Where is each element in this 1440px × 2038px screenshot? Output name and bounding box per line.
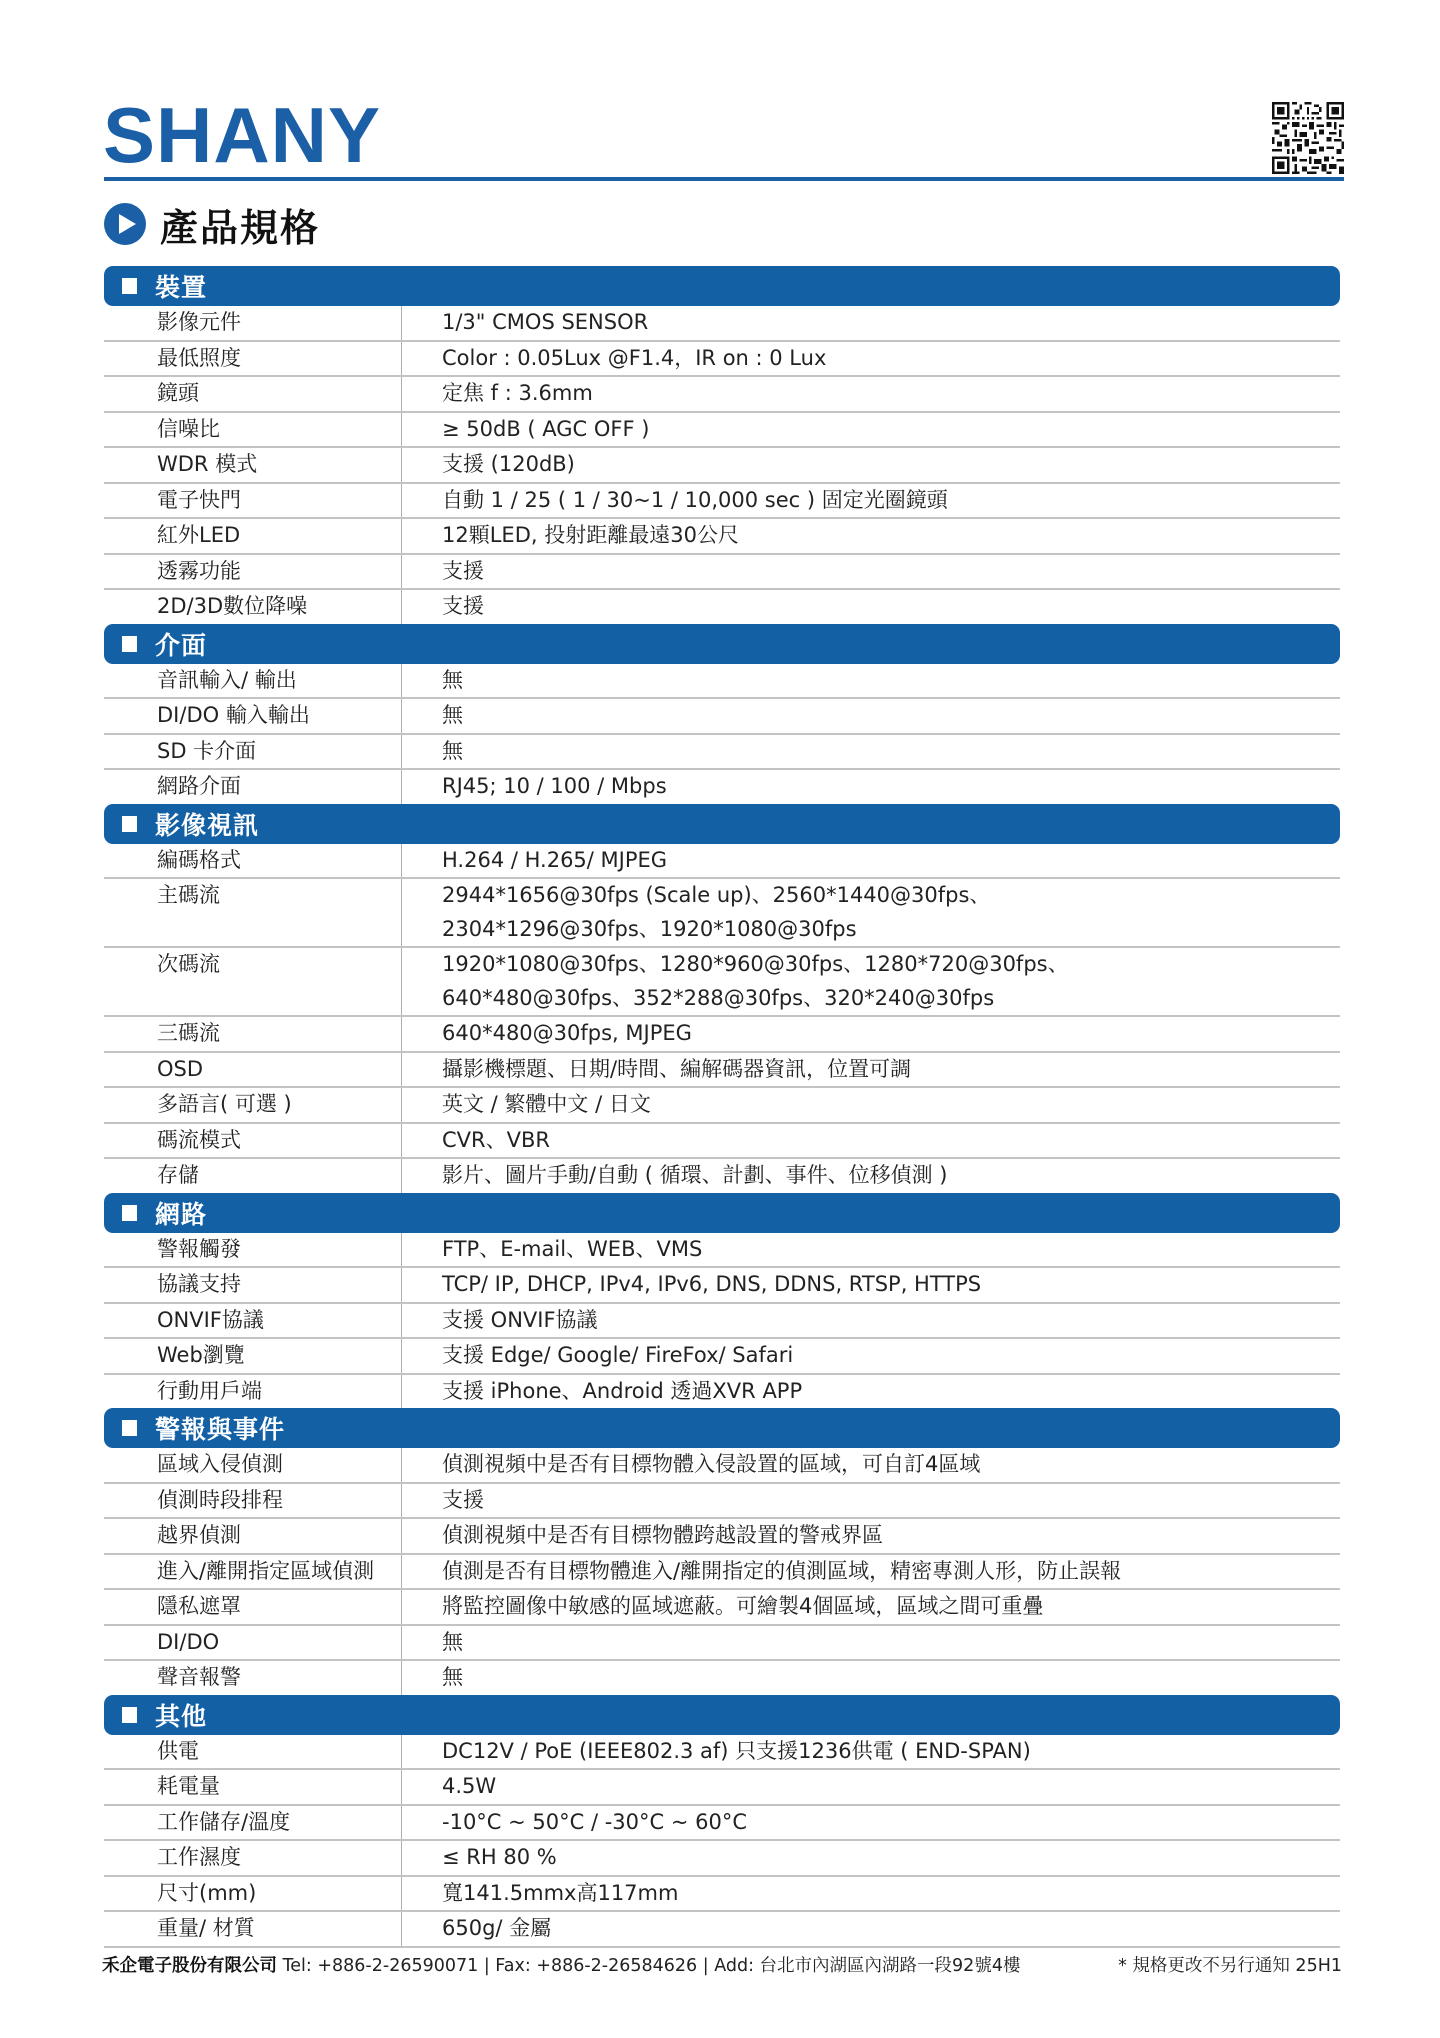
spec-value: 支援 [402, 555, 1340, 589]
section-title: 警報與事件 [155, 1410, 285, 1446]
square-bullet-icon [122, 636, 137, 652]
spec-row: DI/DO無 [104, 1626, 1340, 1662]
spec-value: 自動 1 / 25 ( 1 / 30~1 / 10,000 sec ) 固定光圈… [402, 484, 1340, 518]
spec-label: 警報觸發 [104, 1233, 402, 1267]
square-bullet-icon [122, 278, 137, 294]
spec-label: DI/DO [104, 1626, 402, 1660]
spec-label: 音訊輸入/ 輸出 [104, 664, 402, 698]
spec-value: DC12V / PoE (IEEE802.3 af) 只支援1236供電 ( E… [402, 1735, 1340, 1769]
spec-label: 存儲 [104, 1159, 402, 1193]
spec-value: H.264 / H.265/ MJPEG [402, 844, 1340, 878]
spec-row: 網路介面RJ45; 10 / 100 / Mbps [104, 770, 1340, 804]
spec-value: 12顆LED, 投射距離最遠30公尺 [402, 519, 1340, 553]
spec-label: 最低照度 [104, 342, 402, 376]
spec-value: 無 [402, 1626, 1340, 1660]
spec-value: ≥ 50dB ( AGC OFF ) [402, 413, 1340, 447]
spec-row: 碼流模式CVR、VBR [104, 1124, 1340, 1160]
spec-label: 紅外LED [104, 519, 402, 553]
spec-value: 偵測是否有目標物體進入/離開指定的偵測區域，精密專測人形，防止誤報 [402, 1555, 1340, 1589]
spec-label: 耗電量 [104, 1770, 402, 1804]
section-title: 其他 [155, 1697, 207, 1733]
spec-label: 鏡頭 [104, 377, 402, 411]
spec-label: 重量/ 材質 [104, 1912, 402, 1946]
spec-row: 主碼流2944*1656@30fps (Scale up)、2560*1440@… [104, 879, 1340, 948]
spec-label: 主碼流 [104, 879, 402, 946]
spec-row: 警報觸發FTP、E-mail、WEB、VMS [104, 1233, 1340, 1269]
spec-row: 存儲影片、圖片手動/自動 ( 循環、計劃、事件、位移偵測 ) [104, 1159, 1340, 1193]
spec-label: 編碼格式 [104, 844, 402, 878]
spec-value: 支援 ONVIF協議 [402, 1304, 1340, 1338]
spec-label: 碼流模式 [104, 1124, 402, 1158]
section-header-network: 網路 [104, 1193, 1340, 1233]
spec-label: ONVIF協議 [104, 1304, 402, 1338]
spec-label: 影像元件 [104, 306, 402, 340]
spec-value: 支援 (120dB) [402, 448, 1340, 482]
section-header-video: 影像視訊 [104, 804, 1340, 844]
brand-logo: SHANY [103, 96, 381, 174]
spec-row: 聲音報警無 [104, 1661, 1340, 1695]
spec-row: 工作儲存/溫度-10°C ~ 50°C / -30°C ~ 60°C [104, 1806, 1340, 1842]
spec-value: 無 [402, 664, 1340, 698]
spec-row: 信噪比≥ 50dB ( AGC OFF ) [104, 413, 1340, 449]
spec-row: 尺寸(mm)寬141.5mmx高117mm [104, 1877, 1340, 1913]
spec-value: 640*480@30fps, MJPEG [402, 1017, 1340, 1051]
spec-row: 2D/3D數位降噪支援 [104, 590, 1340, 624]
spec-label: 透霧功能 [104, 555, 402, 589]
qr-code-icon [1272, 102, 1344, 174]
header-divider [104, 177, 1344, 181]
spec-label: 協議支持 [104, 1268, 402, 1302]
spec-row: 最低照度Color : 0.05Lux @F1.4，IR on : 0 Lux [104, 342, 1340, 378]
spec-label: 三碼流 [104, 1017, 402, 1051]
spec-value: ≤ RH 80 % [402, 1841, 1340, 1875]
square-bullet-icon [122, 816, 137, 832]
section-header-other: 其他 [104, 1695, 1340, 1735]
spec-value: Color : 0.05Lux @F1.4，IR on : 0 Lux [402, 342, 1340, 376]
spec-value: 支援 [402, 590, 1340, 624]
spec-row: 行動用戶端支援 iPhone、Android 透過XVR APP [104, 1375, 1340, 1409]
spec-value: 4.5W [402, 1770, 1340, 1804]
spec-label: 2D/3D數位降噪 [104, 590, 402, 624]
spec-value: 2944*1656@30fps (Scale up)、2560*1440@30f… [402, 879, 1340, 946]
spec-row: 偵測時段排程支援 [104, 1484, 1340, 1520]
spec-label: 信噪比 [104, 413, 402, 447]
spec-row: 三碼流640*480@30fps, MJPEG [104, 1017, 1340, 1053]
play-circle-icon [104, 203, 146, 245]
section-title: 影像視訊 [155, 806, 259, 842]
footer-contact: 禾企電子股份有限公司 Tel: +886-2-26590071 | Fax: +… [102, 1954, 1020, 1978]
spec-label: DI/DO 輸入輸出 [104, 699, 402, 733]
spec-row: 進入/離開指定區域偵測偵測是否有目標物體進入/離開指定的偵測區域，精密專測人形，… [104, 1555, 1340, 1591]
spec-row: 協議支持TCP/ IP, DHCP, IPv4, IPv6, DNS, DDNS… [104, 1268, 1340, 1304]
section-header-device: 裝置 [104, 266, 1340, 306]
spec-label: WDR 模式 [104, 448, 402, 482]
spec-row: 多語言( 可選 )英文 / 繁體中文 / 日文 [104, 1088, 1340, 1124]
spec-value: TCP/ IP, DHCP, IPv4, IPv6, DNS, DDNS, RT… [402, 1268, 1340, 1302]
spec-row: WDR 模式支援 (120dB) [104, 448, 1340, 484]
spec-value: 偵測視頻中是否有目標物體跨越設置的警戒界區 [402, 1519, 1340, 1553]
spec-label: 聲音報警 [104, 1661, 402, 1695]
spec-row: 重量/ 材質650g/ 金屬 [104, 1912, 1340, 1948]
contact-info: Tel: +886-2-26590071 | Fax: +886-2-26584… [277, 1956, 1020, 1976]
spec-value: 攝影機標題、日期/時間、編解碼器資訊，位置可調 [402, 1053, 1340, 1087]
spec-row: 耗電量4.5W [104, 1770, 1340, 1806]
square-bullet-icon [122, 1420, 137, 1436]
spec-row: 音訊輸入/ 輸出無 [104, 664, 1340, 700]
spec-value: 無 [402, 1661, 1340, 1695]
spec-value: -10°C ~ 50°C / -30°C ~ 60°C [402, 1806, 1340, 1840]
spec-value: 英文 / 繁體中文 / 日文 [402, 1088, 1340, 1122]
spec-row: OSD攝影機標題、日期/時間、編解碼器資訊，位置可調 [104, 1053, 1340, 1089]
spec-row: 紅外LED12顆LED, 投射距離最遠30公尺 [104, 519, 1340, 555]
spec-label: 偵測時段排程 [104, 1484, 402, 1518]
spec-row: 次碼流1920*1080@30fps、1280*960@30fps、1280*7… [104, 948, 1340, 1017]
spec-label: 尺寸(mm) [104, 1877, 402, 1911]
spec-value: 無 [402, 699, 1340, 733]
page-title: 產品規格 [104, 202, 320, 246]
spec-value: 寬141.5mmx高117mm [402, 1877, 1340, 1911]
spec-table: 裝置 影像元件1/3" CMOS SENSOR 最低照度Color : 0.05… [104, 266, 1340, 1948]
section-header-alarm-events: 警報與事件 [104, 1408, 1340, 1448]
spec-label: 行動用戶端 [104, 1375, 402, 1409]
spec-value: CVR、VBR [402, 1124, 1340, 1158]
spec-value: 影片、圖片手動/自動 ( 循環、計劃、事件、位移偵測 ) [402, 1159, 1340, 1193]
spec-label: 工作濕度 [104, 1841, 402, 1875]
section-title: 介面 [155, 626, 207, 662]
spec-label: 進入/離開指定區域偵測 [104, 1555, 402, 1589]
footer-notice: * 規格更改不另行通知 25H1 [1118, 1954, 1342, 1978]
spec-label: Web瀏覽 [104, 1339, 402, 1373]
spec-label: 工作儲存/溫度 [104, 1806, 402, 1840]
spec-value: 支援 Edge/ Google/ FireFox/ Safari [402, 1339, 1340, 1373]
square-bullet-icon [122, 1205, 137, 1221]
section-header-interface: 介面 [104, 624, 1340, 664]
spec-value: 支援 [402, 1484, 1340, 1518]
spec-value: 無 [402, 735, 1340, 769]
spec-value: 1/3" CMOS SENSOR [402, 306, 1340, 340]
spec-row: 編碼格式H.264 / H.265/ MJPEG [104, 844, 1340, 880]
spec-value: FTP、E-mail、WEB、VMS [402, 1233, 1340, 1267]
spec-row: 工作濕度≤ RH 80 % [104, 1841, 1340, 1877]
page-title-text: 產品規格 [160, 197, 320, 252]
spec-label: 次碼流 [104, 948, 402, 1015]
spec-value: 支援 iPhone、Android 透過XVR APP [402, 1375, 1340, 1409]
spec-row: DI/DO 輸入輸出無 [104, 699, 1340, 735]
spec-row: 影像元件1/3" CMOS SENSOR [104, 306, 1340, 342]
spec-row: 區域入侵偵測偵測視頻中是否有目標物體入侵設置的區域，可自訂4區域 [104, 1448, 1340, 1484]
section-title: 網路 [155, 1195, 207, 1231]
spec-value: 將監控圖像中敏感的區域遮蔽。可繪製4個區域，區域之間可重疊 [402, 1590, 1340, 1624]
spec-value: 1920*1080@30fps、1280*960@30fps、1280*720@… [402, 948, 1340, 1015]
spec-row: 隱私遮罩將監控圖像中敏感的區域遮蔽。可繪製4個區域，區域之間可重疊 [104, 1590, 1340, 1626]
spec-row: 透霧功能支援 [104, 555, 1340, 591]
company-name: 禾企電子股份有限公司 [102, 1956, 277, 1976]
spec-label: SD 卡介面 [104, 735, 402, 769]
spec-row: 越界偵測偵測視頻中是否有目標物體跨越設置的警戒界區 [104, 1519, 1340, 1555]
spec-value: 650g/ 金屬 [402, 1912, 1340, 1946]
spec-value: 定焦 f : 3.6mm [402, 377, 1340, 411]
spec-label: 越界偵測 [104, 1519, 402, 1553]
spec-label: 多語言( 可選 ) [104, 1088, 402, 1122]
spec-label: 供電 [104, 1735, 402, 1769]
spec-label: 區域入侵偵測 [104, 1448, 402, 1482]
square-bullet-icon [122, 1707, 137, 1723]
spec-label: OSD [104, 1053, 402, 1087]
spec-row: 供電DC12V / PoE (IEEE802.3 af) 只支援1236供電 (… [104, 1735, 1340, 1771]
spec-row: 鏡頭定焦 f : 3.6mm [104, 377, 1340, 413]
spec-row: ONVIF協議支援 ONVIF協議 [104, 1304, 1340, 1340]
spec-row: SD 卡介面無 [104, 735, 1340, 771]
spec-label: 網路介面 [104, 770, 402, 804]
spec-label: 電子快門 [104, 484, 402, 518]
spec-value: 偵測視頻中是否有目標物體入侵設置的區域，可自訂4區域 [402, 1448, 1340, 1482]
spec-row: Web瀏覽支援 Edge/ Google/ FireFox/ Safari [104, 1339, 1340, 1375]
spec-row: 電子快門自動 1 / 25 ( 1 / 30~1 / 10,000 sec ) … [104, 484, 1340, 520]
spec-label: 隱私遮罩 [104, 1590, 402, 1624]
spec-value: RJ45; 10 / 100 / Mbps [402, 770, 1340, 804]
section-title: 裝置 [155, 268, 207, 304]
footer: 禾企電子股份有限公司 Tel: +886-2-26590071 | Fax: +… [102, 1954, 1342, 1978]
